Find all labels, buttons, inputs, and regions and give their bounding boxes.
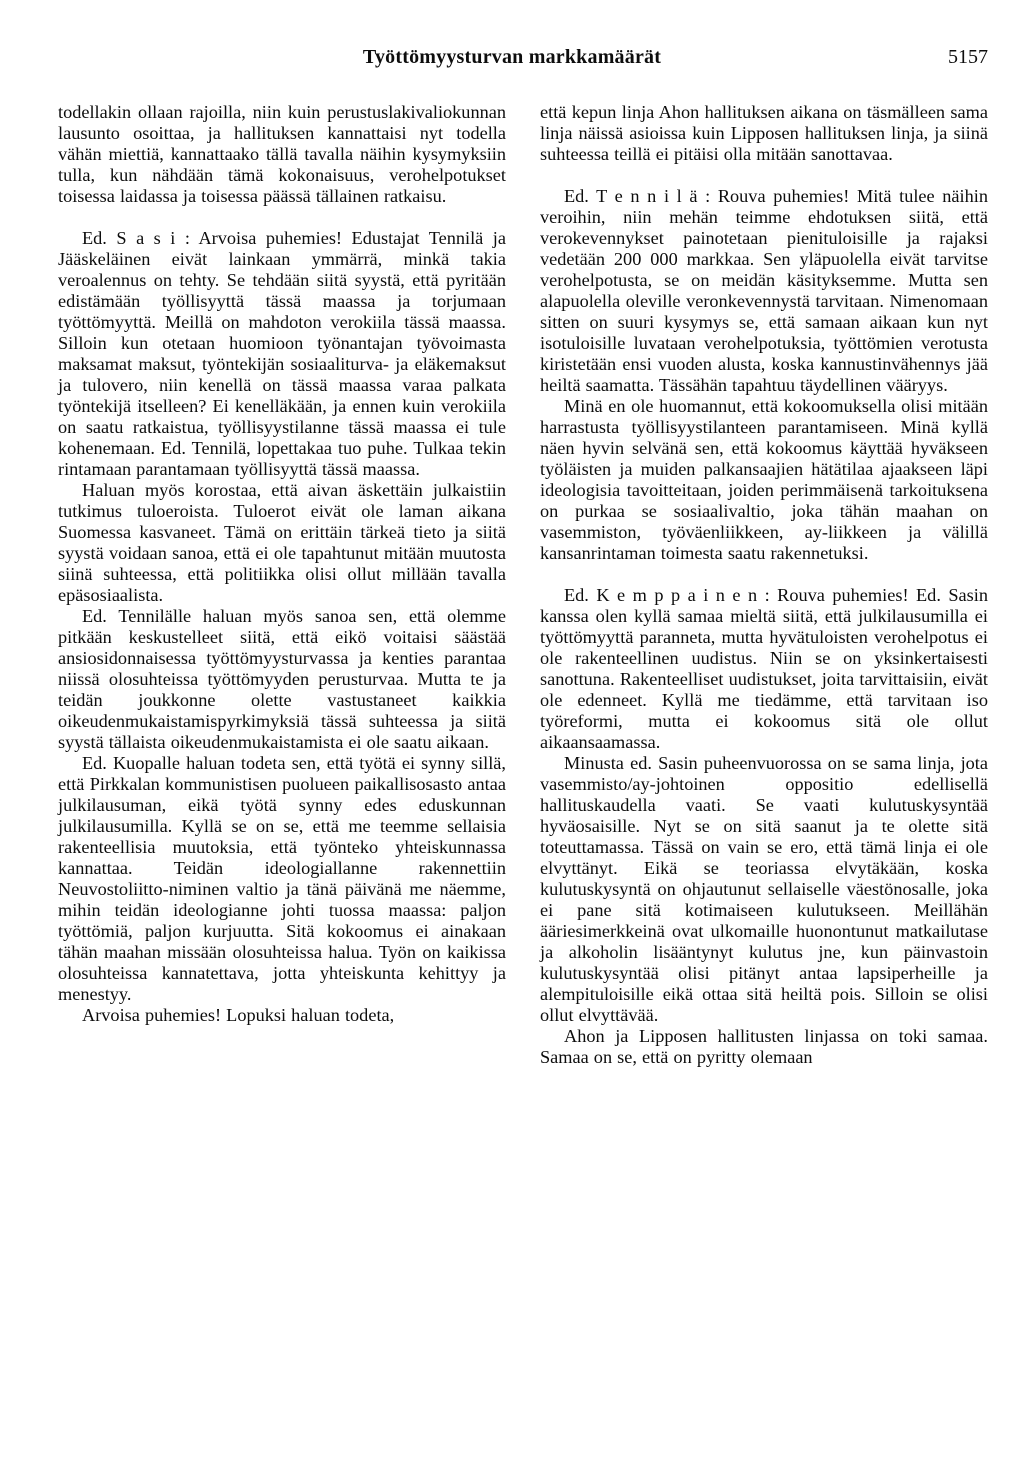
text-column-left: todellakin ollaan rajoilla, niin kuin pe… bbox=[58, 102, 506, 1068]
page-title: Työttömyysturvan markkamäärät bbox=[0, 46, 1024, 69]
paragraph: Minä en ole huomannut, että kokoomuksell… bbox=[540, 396, 988, 564]
paragraph-continuation: että kepun linja Ahon hallituksen aikana… bbox=[540, 102, 988, 165]
paragraph: Ed. Kuopalle haluan todeta sen, että työ… bbox=[58, 753, 506, 1005]
paragraph: Arvoisa puhemies! Lopuksi haluan todeta, bbox=[58, 1005, 506, 1026]
paragraph-continuation: todellakin ollaan rajoilla, niin kuin pe… bbox=[58, 102, 506, 207]
paragraph: Minusta ed. Sasin puheenvuorossa on se s… bbox=[540, 753, 988, 1026]
paragraph-speech-tennila: Ed. T e n n i l ä : Rouva puhemies! Mitä… bbox=[540, 186, 988, 396]
paragraph: Haluan myös korostaa, että aivan äskettä… bbox=[58, 480, 506, 606]
paragraph-speech-sasi: Ed. S a s i : Arvoisa puhemies! Edustaja… bbox=[58, 228, 506, 480]
page-number: 5157 bbox=[948, 46, 988, 69]
paragraph: Ed. Tennilälle haluan myös sanoa sen, et… bbox=[58, 606, 506, 753]
document-page: Työttömyysturvan markkamäärät 5157 todel… bbox=[0, 0, 1024, 1484]
paragraph: Ahon ja Lipposen hallitusten linjassa on… bbox=[540, 1026, 988, 1068]
text-columns: todellakin ollaan rajoilla, niin kuin pe… bbox=[0, 74, 1024, 1068]
page-header: Työttömyysturvan markkamäärät 5157 bbox=[0, 0, 1024, 74]
text-column-right: että kepun linja Ahon hallituksen aikana… bbox=[540, 102, 988, 1068]
paragraph-speech-kemppainen: Ed. K e m p p a i n e n : Rouva puhemies… bbox=[540, 585, 988, 753]
